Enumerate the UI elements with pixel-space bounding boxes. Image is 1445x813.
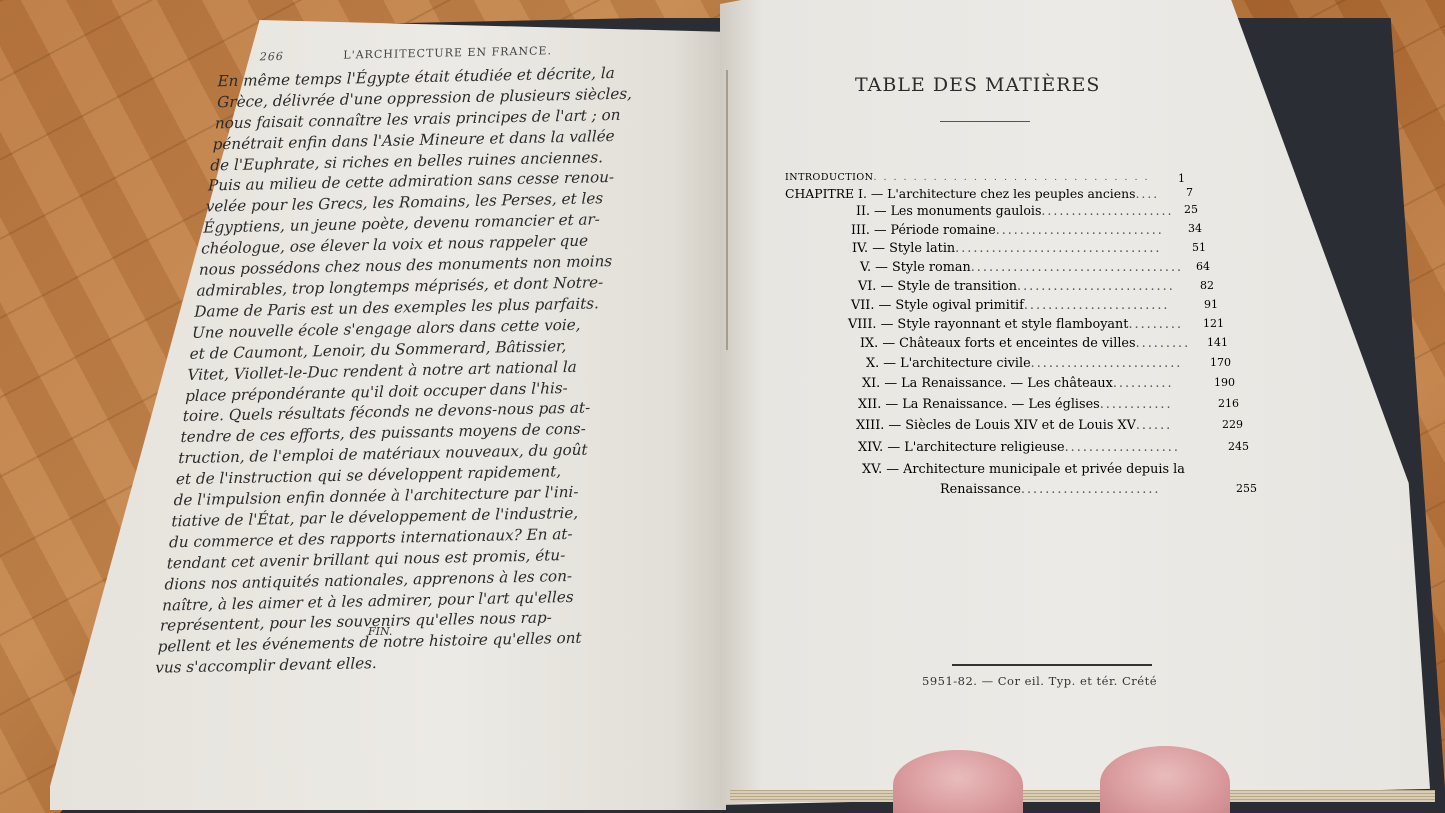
left-page-text: 266 L'ARCHITECTURE EN FRANCE. En même te… [221, 39, 670, 678]
toc-entry-title: — Style de transition [880, 279, 1017, 294]
toc-entry-number: X. [866, 356, 879, 371]
toc-entry: XIII. — Siècles de Louis XIV et de Louis… [856, 418, 1172, 433]
page-number: 266 [260, 50, 284, 64]
colophon-rule [952, 664, 1152, 666]
toc-entry: II. — Les monuments gaulois.............… [856, 203, 1174, 218]
toc-entry-title: — Style latin [872, 241, 955, 256]
toc-entry-title: — L'architecture chez les peuples ancien… [871, 186, 1136, 201]
toc-entry: CHAPITRE I. — L'architecture chez les pe… [785, 186, 1159, 201]
toc-entry-title: — La Renaissance. — Les églises [885, 397, 1099, 412]
toc-entry-number: XIV. [858, 440, 883, 455]
toc-entry-number: INTRODUCTION [785, 172, 873, 183]
leader-dots: ......... [1128, 317, 1183, 332]
toc-entry-page: 255 [1236, 482, 1257, 495]
toc-entry-page: 216 [1218, 397, 1239, 410]
toc-entry: X. — L'architecture civile..............… [866, 356, 1182, 371]
colophon: 5951-82. — Cor eil. Typ. et tér. Crété [922, 674, 1157, 688]
toc-entry-title: — Siècles de Louis XIV et de Louis XV [888, 418, 1135, 433]
toc-entry-page: 34 [1188, 222, 1202, 235]
leader-dots: ............................ [996, 222, 1164, 237]
toc-entry-number: V. [860, 260, 871, 275]
toc-entry: XII. — La Renaissance. — Les églises....… [858, 397, 1173, 412]
leader-dots: ............ [1100, 397, 1173, 412]
toc-entry: VIII. — Style rayonnant et style flamboy… [848, 317, 1183, 332]
toc-entry-number: VIII. [848, 317, 876, 332]
leader-dots: ................... [1065, 440, 1180, 455]
toc-entry-page: 121 [1203, 317, 1224, 330]
running-head-title: L'ARCHITECTURE EN FRANCE. [343, 44, 552, 61]
toc-entry-title: — L'architecture religieuse [887, 440, 1064, 455]
toc-entry-page: 245 [1228, 440, 1249, 453]
toc-entry: Renaissance....................... [940, 482, 1160, 497]
toc-entry-title: — Architecture municipale et privée depu… [886, 462, 1185, 477]
toc-entry-page: 25 [1184, 203, 1198, 216]
leader-dots: ................................... [971, 260, 1183, 275]
toc-entry-number: IX. [860, 336, 878, 351]
leader-dots: ........................ [1024, 298, 1170, 313]
toc-title: TABLE DES MATIÈRES [855, 74, 1100, 96]
leader-dots: ....................... [1021, 482, 1161, 497]
toc-entry-number: VI. [858, 279, 876, 294]
title-rule [940, 121, 1030, 122]
toc-entry-page: 64 [1196, 260, 1210, 273]
leader-dots: ......................... [1031, 356, 1183, 371]
toc-entry-number: IV. [852, 241, 868, 256]
toc-entry-page: 170 [1210, 356, 1231, 369]
toc-entry-title: — Style ogival primitif [879, 298, 1024, 313]
toc-entry-page: 7 [1186, 186, 1193, 199]
toc-entry-number: XI. [862, 376, 880, 391]
leader-dots: .......... [1113, 376, 1174, 391]
toc-entry-number: II. [856, 203, 870, 218]
toc-entry-number: XII. [858, 397, 881, 412]
toc-entry-page: 91 [1204, 298, 1218, 311]
leader-dots: ...... [1136, 418, 1172, 433]
toc-entry-number: III. [851, 222, 870, 237]
toc-entry-title: — La Renaissance. — Les châteaux [884, 376, 1113, 391]
toc-entry: XI. — La Renaissance. — Les châteaux....… [862, 376, 1174, 391]
toc-entry-title: — L'architecture civile [883, 356, 1030, 371]
toc-entry-number: XV. [862, 462, 882, 477]
toc-entry-page: 190 [1214, 376, 1235, 389]
toc-entry: XV. — Architecture municipale et privée … [862, 462, 1185, 477]
toc-entry: V. — Style roman........................… [860, 260, 1183, 275]
toc-entry: III. — Période romaine..................… [851, 222, 1164, 237]
toc-entry-title: — Style roman [875, 260, 971, 275]
toc-entry-page: 229 [1222, 418, 1243, 431]
gutter-crease [726, 70, 728, 350]
toc-entry-number: VII. [851, 298, 874, 313]
toc-entry-number: CHAPITRE I. [785, 186, 867, 201]
toc-entry-title: — Châteaux forts et enceintes de villes [882, 336, 1135, 351]
toc-entry-title: — Style rayonnant et style flamboyant [881, 317, 1129, 332]
leader-dots: ......... [1136, 336, 1191, 351]
leader-dots: . . . . . . . . . . . . . . . . . . . . … [873, 172, 1155, 183]
toc-entry-title: Renaissance [940, 482, 1021, 497]
end-mark: FIN. [368, 625, 392, 638]
thumb-left [893, 750, 1023, 813]
toc-entry-page: 141 [1207, 336, 1228, 349]
toc-entry-page: 1 [1178, 172, 1185, 185]
leader-dots: .................................. [955, 241, 1161, 256]
toc-entry: VI. — Style de transition...............… [858, 279, 1175, 294]
toc-entry-title: — Période romaine [874, 222, 996, 237]
toc-entry: VII. — Style ogival primitif............… [851, 298, 1170, 313]
toc-entry-page: 82 [1200, 279, 1214, 292]
toc-entry: IX. — Châteaux forts et enceintes de vil… [860, 336, 1190, 351]
leader-dots: .... [1135, 186, 1159, 201]
leader-dots: .......................... [1017, 279, 1175, 294]
thumb-right [1100, 746, 1230, 813]
leader-dots: ...................... [1041, 203, 1173, 218]
toc-entry-title: — Les monuments gaulois [874, 203, 1041, 218]
toc-entry: XIV. — L'architecture religieuse........… [858, 440, 1180, 455]
page-edges [730, 790, 1435, 802]
toc-entry-number: XIII. [856, 418, 884, 433]
toc-entry-page: 51 [1192, 241, 1206, 254]
toc-entry: IV. — Style latin.......................… [852, 241, 1161, 256]
toc-entry: INTRODUCTION . . . . . . . . . . . . . .… [785, 172, 1155, 183]
